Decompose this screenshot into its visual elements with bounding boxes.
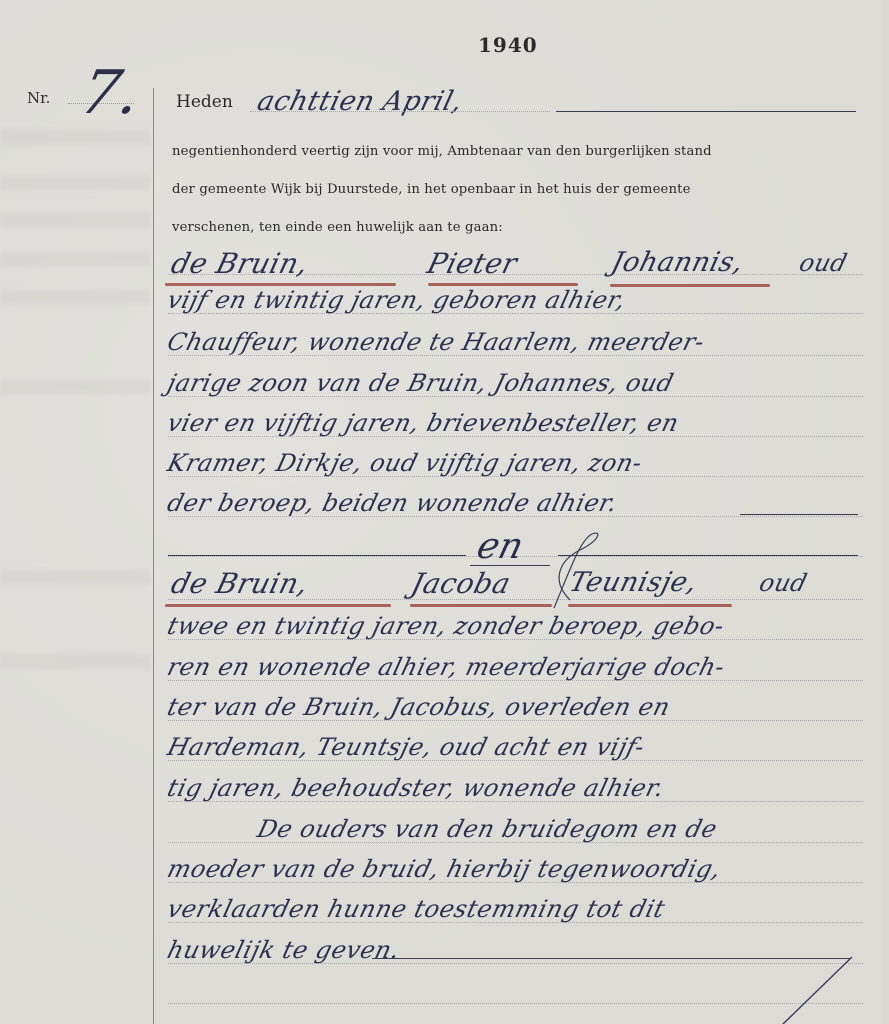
groom-oud: oud xyxy=(800,249,870,285)
fill-line xyxy=(556,111,856,112)
bride-line-5: tig jaren, beehoudster, wonende alhier. xyxy=(168,774,858,810)
record-number-value: 7. xyxy=(75,58,147,128)
bride-line-3: ter van de Bruin, Jacobus, overleden en xyxy=(168,693,858,729)
bleed-through-mark xyxy=(0,130,150,144)
groom-line-5: Kramer, Dirkje, oud vijftig jaren, zon- xyxy=(168,449,858,485)
record-number-label: Nr. xyxy=(27,89,50,107)
bleed-through-mark xyxy=(0,252,150,266)
fill-line xyxy=(372,958,850,959)
fill-line xyxy=(740,514,858,515)
fill-line xyxy=(168,555,466,556)
bride-line-4: Hardeman, Teuntsje, oud acht en vijf- xyxy=(168,733,858,769)
bride-oud: oud xyxy=(760,569,850,605)
groom-line-1: vijf en twintig jaren, geboren alhier, xyxy=(168,286,858,322)
bride-second-name: Teunisje, xyxy=(570,567,730,603)
bleed-through-mark xyxy=(0,570,150,584)
ruled-line xyxy=(168,1003,863,1004)
bleed-through-mark xyxy=(0,176,150,190)
printed-line-2: der gemeente Wijk bij Duurstede, in het … xyxy=(172,182,691,197)
groom-surname: de Bruin, xyxy=(172,247,392,283)
consent-line-2: moeder van de bruid, hierbij tegenwoordi… xyxy=(168,855,858,891)
heden-text: Heden xyxy=(176,92,233,112)
consent-line-1: De ouders van den bruidegom en de xyxy=(258,815,858,851)
groom-second-name: Johannis, xyxy=(612,247,792,283)
bleed-through-mark xyxy=(0,290,150,304)
groom-first-name: Pieter xyxy=(428,247,568,283)
bride-line-1: twee en twintig jaren, zonder beroep, ge… xyxy=(168,612,858,648)
bride-line-2: ren en wonende alhier, meerderjarige doc… xyxy=(168,653,858,689)
bride-first-name: Jacoba xyxy=(412,567,562,603)
bride-first-name-underline xyxy=(410,604,552,607)
bride-surname: de Bruin, xyxy=(172,567,392,603)
register-page: 1940 Nr. 7. Heden achttien April, negent… xyxy=(0,0,882,1024)
consent-line-3: verklaarden hunne toestemming tot dit xyxy=(168,895,858,931)
groom-line-3: jarige zoon van de Bruin, Johannes, oud xyxy=(168,369,858,405)
margin-rule xyxy=(153,88,154,1024)
bride-surname-underline xyxy=(165,604,391,607)
bleed-through-mark xyxy=(0,655,150,669)
groom-line-2: Chauffeur, wonende te Haarlem, meerder- xyxy=(168,328,858,364)
groom-line-6: der beroep, beiden wonende alhier. xyxy=(168,489,858,525)
consent-line-4: huwelijk te geven. xyxy=(168,936,858,972)
bleed-through-mark xyxy=(0,380,150,394)
bleed-through-mark xyxy=(0,213,150,227)
en-underline xyxy=(470,565,550,566)
handwritten-date: achttien April, xyxy=(258,86,889,122)
heden-label: Heden xyxy=(176,92,233,112)
groom-line-4: vier en vijftig jaren, brievenbesteller,… xyxy=(168,409,858,445)
conjunction-en: en xyxy=(473,526,528,567)
printed-line-1: negentienhonderd veertig zijn voor mij, … xyxy=(172,144,712,159)
bride-second-name-underline xyxy=(568,604,732,607)
printed-line-3: verschenen, ten einde een huwelijk aan t… xyxy=(172,220,503,235)
ruled-line xyxy=(250,111,550,112)
document-year: 1940 xyxy=(478,33,538,57)
fill-line xyxy=(558,555,858,556)
